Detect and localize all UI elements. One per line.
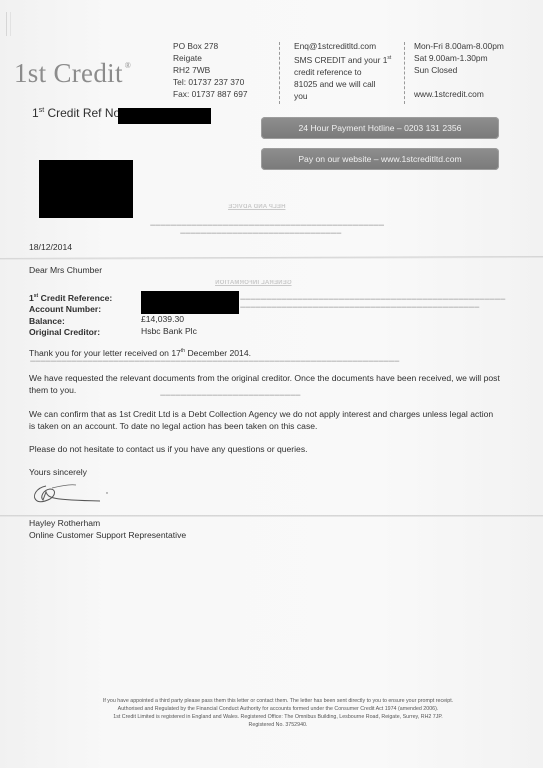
company-logo: 1st Credit® xyxy=(14,58,131,89)
credit-ref-label: 1st Credit Ref No: xyxy=(32,106,124,120)
original-creditor-label: Original Creditor: xyxy=(29,327,112,339)
show-through-heading: GENERAL INFORMATION xyxy=(215,280,292,286)
postal-address: PO Box 278 Reigate RH2 7WB Tel: 01737 23… xyxy=(173,40,248,100)
paper-fold xyxy=(0,515,543,517)
payment-hotline-banner: 24 Hour Payment Hotline – 0203 131 2356 xyxy=(261,117,499,139)
paragraph-interest: We can confirm that as 1st Credit Ltd is… xyxy=(29,409,499,432)
redacted-reference-account xyxy=(141,291,239,314)
address-line: Reigate xyxy=(173,52,248,64)
balance-value: £14,039.30 xyxy=(141,314,197,326)
telephone: Tel: 01737 237 370 xyxy=(173,76,248,88)
signature xyxy=(30,480,110,508)
signatory-name: Hayley Rotherham xyxy=(29,518,100,530)
balance-label: Balance: xyxy=(29,316,112,328)
divider xyxy=(404,42,405,104)
greeting: Dear Mrs Chumber xyxy=(29,265,102,277)
closing: Yours sincerely xyxy=(29,467,87,479)
opening-hours: Mon-Fri 8.00am-8.00pm Sat 9.00am-1.30pm … xyxy=(414,40,504,100)
account-number-label: Account Number: xyxy=(29,304,112,316)
show-through-heading: HELP AND ADVICE xyxy=(228,204,285,210)
paragraph-thanks: Thank you for your letter received on 17… xyxy=(29,346,251,360)
paper-fold xyxy=(0,256,543,260)
fax: Fax: 01737 887 697 xyxy=(173,88,248,100)
pay-online-banner: Pay on our website – www.1stcreditltd.co… xyxy=(261,148,499,170)
show-through-text: ▬▬▬▬▬▬▬▬▬▬▬▬▬▬▬▬▬▬▬▬▬▬▬▬▬▬▬▬▬▬▬▬▬▬▬▬▬▬▬▬… xyxy=(240,304,479,310)
email-link[interactable]: Enq@1stcreditltd.com xyxy=(294,40,402,52)
show-through-text: ▬▬▬▬▬▬▬▬▬▬▬▬▬▬▬▬▬▬▬▬▬▬▬▬▬▬▬▬▬▬▬▬▬▬▬▬▬▬▬▬… xyxy=(240,296,505,302)
contact-block: Enq@1stcreditltd.com SMS CREDIT and your… xyxy=(294,40,402,102)
original-creditor-value: Hsbc Bank Plc xyxy=(141,326,197,338)
redacted-recipient-address xyxy=(39,160,133,218)
show-through-text: ▬▬▬▬▬▬▬▬▬▬▬▬▬▬▬▬▬▬▬▬▬▬▬▬▬▬▬▬▬▬▬▬▬▬▬▬▬▬▬▬… xyxy=(150,222,384,228)
account-details-labels: 1st Credit Reference: Account Number: Ba… xyxy=(29,291,112,339)
address-line: RH2 7WB xyxy=(173,64,248,76)
reference-label: 1st Credit Reference: xyxy=(29,291,112,304)
redacted-ref-number xyxy=(118,108,211,124)
paragraph-contact: Please do not hesitate to contact us if … xyxy=(29,444,308,456)
sms-instructions: SMS CREDIT and your 1st xyxy=(294,52,402,66)
show-through-text: ▬▬▬▬▬▬▬▬▬▬▬▬▬▬▬▬▬▬▬▬▬▬▬▬▬▬▬▬▬▬▬ xyxy=(180,230,341,236)
legal-footer: If you have appointed a third party plea… xyxy=(40,697,516,729)
paper-edge xyxy=(6,12,11,36)
address-line: PO Box 278 xyxy=(173,40,248,52)
letter-page: HELP AND ADVICE ▬▬▬▬▬▬▬▬▬▬▬▬▬▬▬▬▬▬▬▬▬▬▬▬… xyxy=(0,0,543,768)
divider xyxy=(279,42,280,104)
account-details-values: £14,039.30 Hsbc Bank Plc xyxy=(141,314,197,337)
letter-date: 18/12/2014 xyxy=(29,242,72,254)
paragraph-documents: We have requested the relevant documents… xyxy=(29,373,519,396)
website-link[interactable]: www.1stcredit.com xyxy=(414,88,504,100)
signatory-role: Online Customer Support Representative xyxy=(29,530,186,542)
